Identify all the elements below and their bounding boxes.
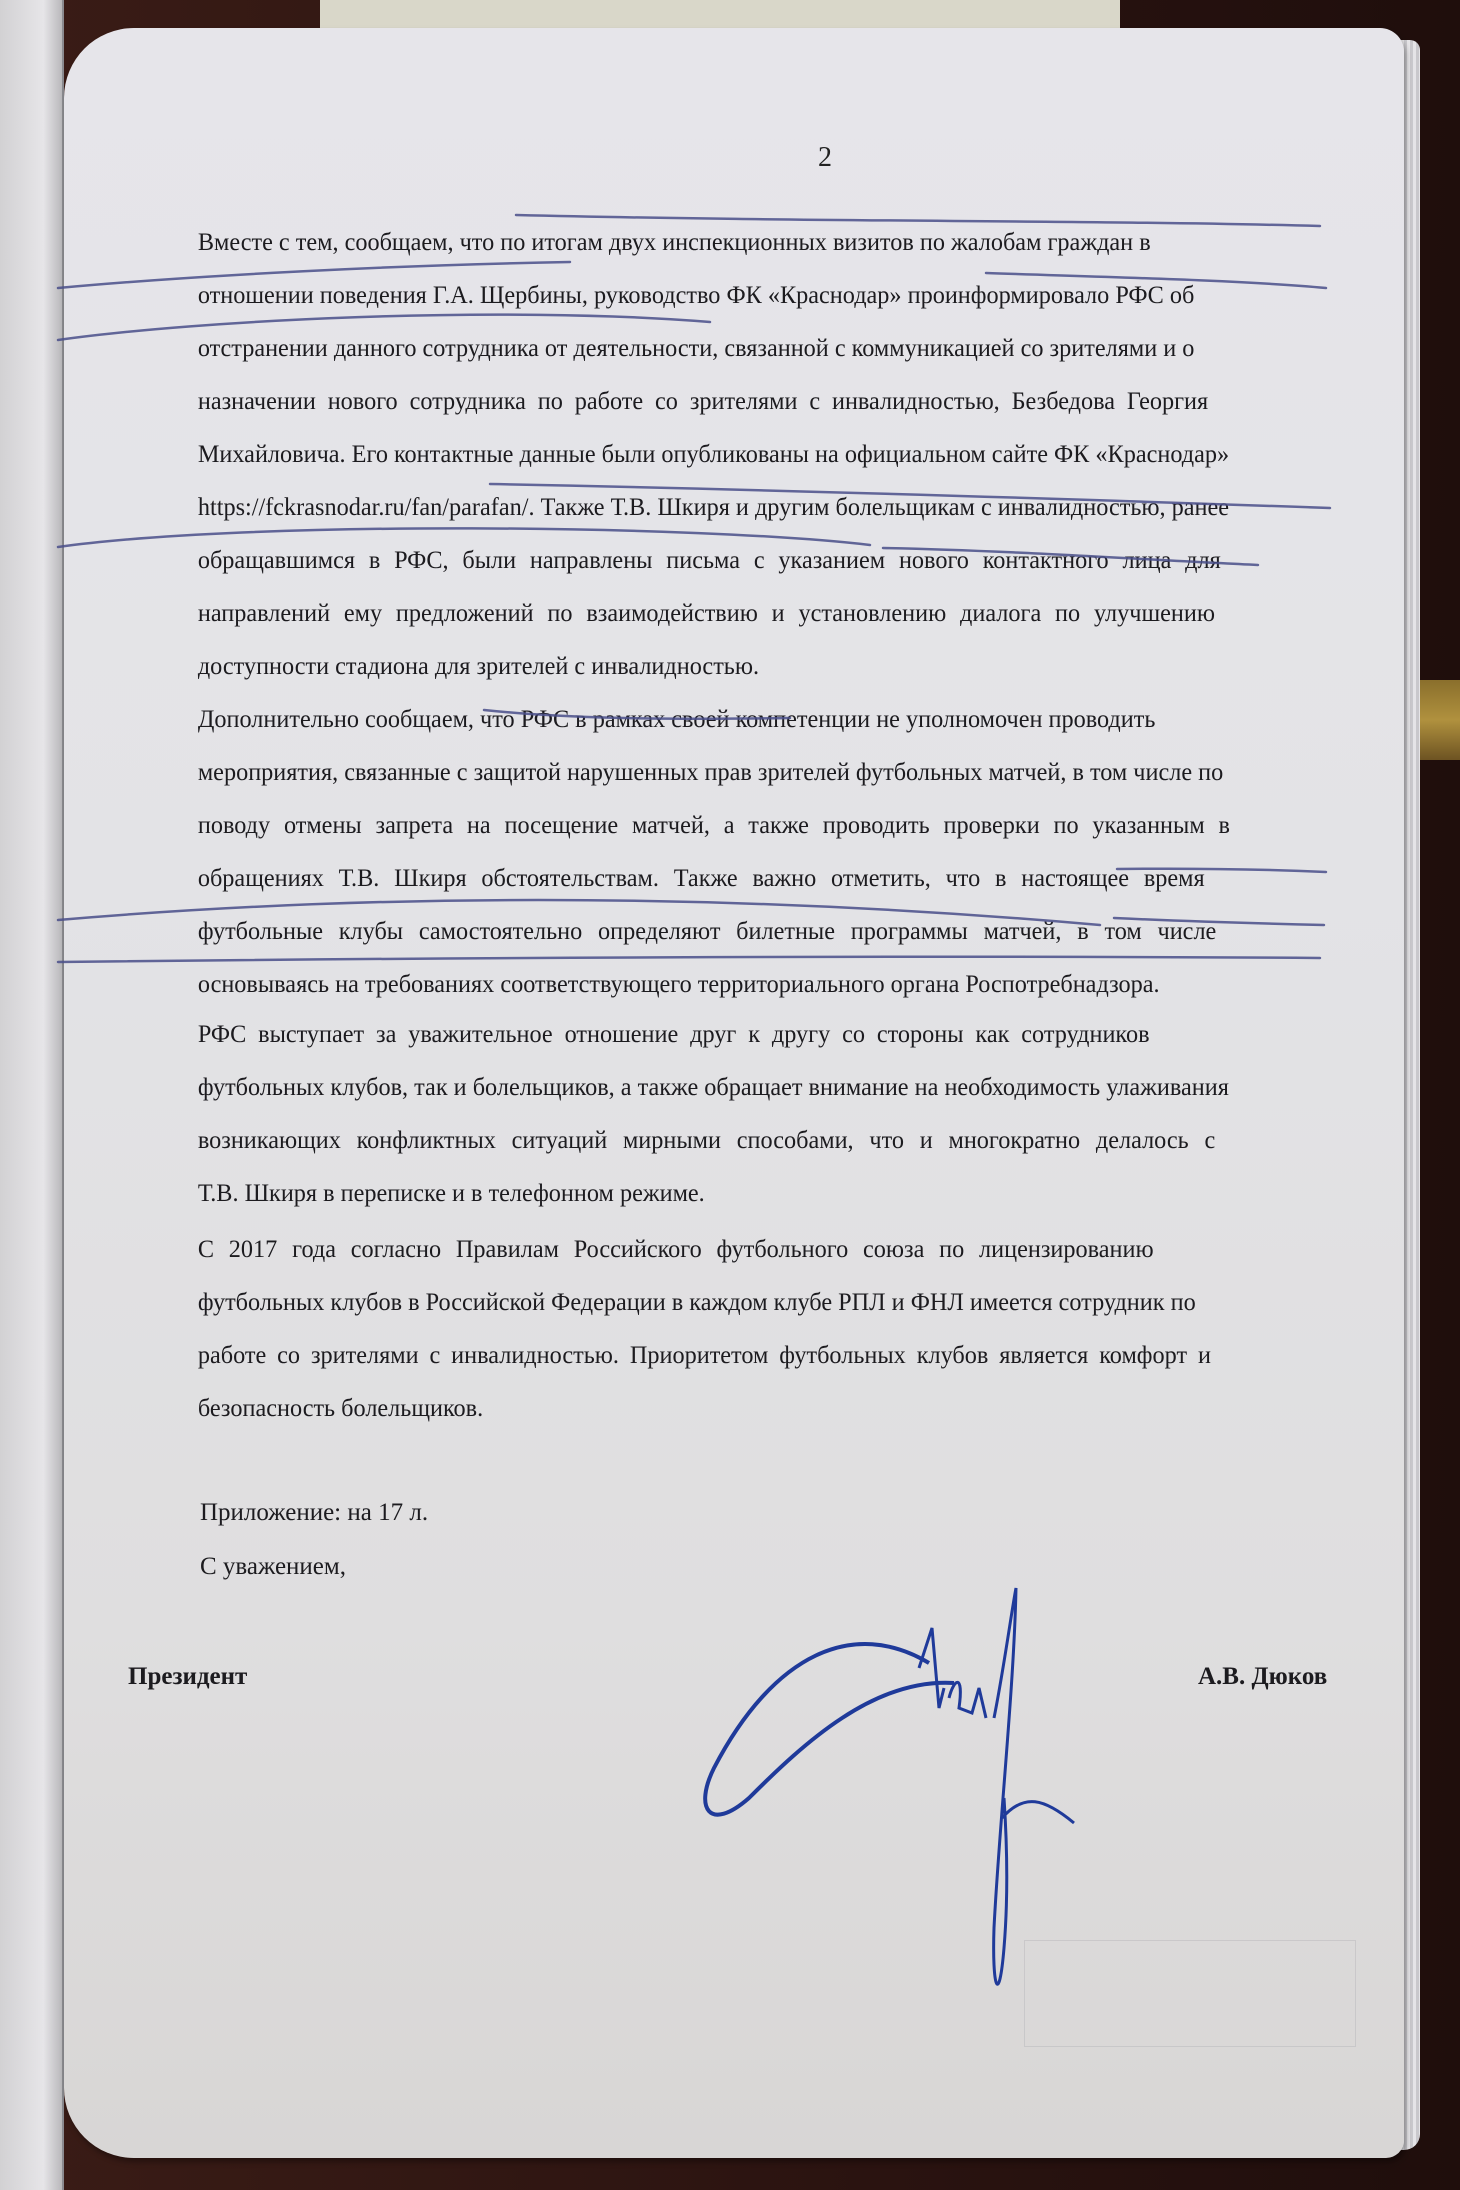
text-line: обращавшимся в РФС, были направлены пись…: [128, 534, 1355, 587]
text-line: футбольных клубов в Российской Федерации…: [128, 1276, 1355, 1329]
attachment-note: Приложение: на 17 л.: [200, 1486, 428, 1539]
text-line: доступности стадиона для зрителей с инва…: [128, 640, 1355, 693]
bleed-through-stamp: [1024, 1940, 1356, 2047]
text-line: обращениях Т.В. Шкиря обстоятельствам. Т…: [128, 852, 1355, 905]
text-line: поводу отмены запрета на посещение матче…: [128, 799, 1355, 852]
text-line: футбольных клубов, так и болельщиков, а …: [128, 1061, 1355, 1114]
text-line: направлений ему предложений по взаимодей…: [128, 587, 1355, 640]
document-page: 2 Вместе с тем, сообщаем, что по итогам …: [64, 28, 1404, 2158]
gold-object: [1418, 680, 1460, 760]
closing-salutation: С уважением,: [200, 1540, 346, 1593]
text-line: футбольные клубы самостоятельно определя…: [128, 905, 1355, 958]
signatory-name: А.В. Дюков: [1198, 1650, 1327, 1703]
text-line: работе со зрителями с инвалидностью. При…: [128, 1329, 1355, 1382]
page-number: 2: [818, 131, 832, 184]
paragraph-licensing: С 2017 года согласно Правилам Российског…: [128, 1223, 1355, 1435]
text-line: отстранении данного сотрудника от деятел…: [128, 322, 1355, 375]
text-line: Михайловича. Его контактные данные были …: [128, 428, 1355, 481]
text-line: Вместе с тем, сообщаем, что по итогам дв…: [128, 216, 1355, 269]
paragraph-competence: Дополнительно сообщаем, что РФС в рамках…: [128, 693, 1355, 1011]
binder-spine: [0, 0, 64, 2190]
text-line: мероприятия, связанные с защитой нарушен…: [128, 746, 1355, 799]
paragraph-inspection-visits: Вместе с тем, сообщаем, что по итогам дв…: [128, 216, 1355, 693]
signatory-role: Президент: [128, 1650, 247, 1703]
text-line: Т.В. Шкиря в переписке и в телефонном ре…: [128, 1167, 1355, 1220]
text-line: С 2017 года согласно Правилам Российског…: [128, 1223, 1355, 1276]
text-line: основываясь на требованиях соответствующ…: [128, 958, 1355, 1011]
text-line: Дополнительно сообщаем, что РФС в рамках…: [128, 693, 1355, 746]
text-line: безопасность болельщиков.: [128, 1382, 1355, 1435]
text-line: возникающих конфликтных ситуаций мирными…: [128, 1114, 1355, 1167]
text-line: назначении нового сотрудника по работе с…: [128, 375, 1355, 428]
text-line: РФС выступает за уважительное отношение …: [128, 1008, 1355, 1061]
paragraph-respect: РФС выступает за уважительное отношение …: [128, 1008, 1355, 1220]
text-line: https://fckrasnodar.ru/fan/parafan/. Так…: [128, 481, 1355, 534]
text-line: отношении поведения Г.А. Щербины, руково…: [128, 269, 1355, 322]
